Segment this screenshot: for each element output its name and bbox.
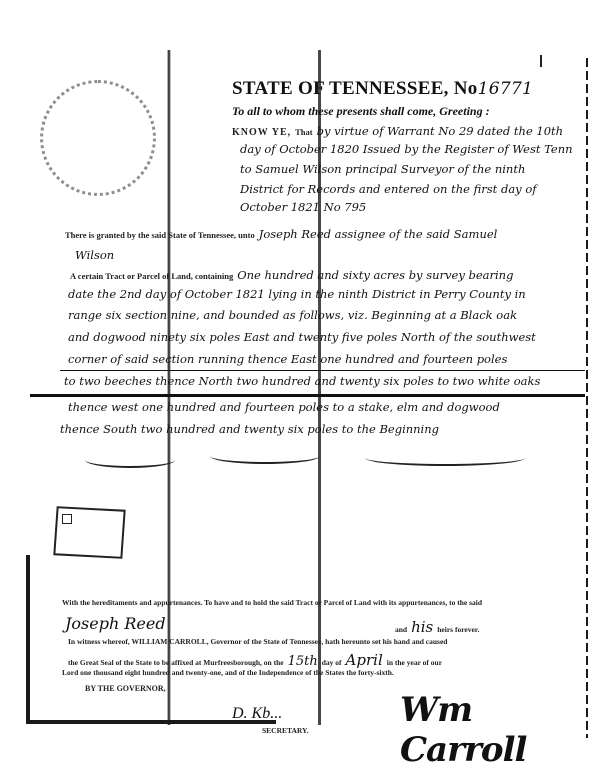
- know-ye: KNOW YE,: [232, 127, 291, 138]
- know-ye-line: KNOW YE, That by virtue of Warrant No 29…: [232, 122, 563, 140]
- recital-line: District for Records and entered on the …: [240, 182, 537, 196]
- year-clause: Lord one thousand eight hundred and twen…: [62, 668, 394, 677]
- habendum-print: With the hereditaments and appurtenances…: [62, 598, 482, 607]
- frame-right-border: [586, 58, 588, 738]
- grantee-name: Joseph Reed assignee of the said Samuel: [259, 227, 498, 241]
- habendum-grantee: Joseph Reed: [65, 614, 166, 633]
- frame-left-border: [26, 555, 30, 723]
- recital-line: to Samuel Wilson principal Surveyor of t…: [240, 162, 525, 176]
- habendum-heirs-print: heirs forever.: [437, 625, 479, 634]
- recital-line: October 1821 No 795: [240, 200, 366, 214]
- seal-day: 15th: [288, 654, 318, 669]
- description-line: and dogwood ninety six poles East and tw…: [68, 330, 536, 344]
- secretary-label: SECRETARY.: [262, 726, 309, 735]
- description-line: corner of said section running thence Ea…: [68, 352, 507, 366]
- description-line: to two beeches thence North two hundred …: [64, 374, 540, 388]
- seal-print: the Great Seal of the State to be affixe…: [68, 658, 284, 667]
- flourish: [365, 450, 525, 466]
- seal-day-of: day of: [322, 658, 342, 667]
- fold-crease: [30, 394, 585, 397]
- habendum-line-2: Joseph Reed: [65, 614, 166, 634]
- heading-text: STATE OF TENNESSEE, No: [232, 78, 478, 99]
- document-heading: STATE OF TENNESSEE, No16771: [232, 78, 533, 100]
- description-line: thence South two hundred and twenty six …: [60, 422, 439, 436]
- habendum-and: and: [395, 625, 407, 634]
- know-ye-lead: That: [295, 127, 312, 137]
- description-line: range six section nine, and bounded as f…: [68, 308, 517, 322]
- habendum-heirs: and his heirs forever.: [395, 618, 479, 637]
- seal-year-print: in the year of our: [387, 658, 442, 667]
- grant-line: There is granted by the said State of Te…: [65, 225, 497, 243]
- habendum-line: With the hereditaments and appurtenances…: [62, 598, 482, 607]
- flourish: [85, 452, 175, 468]
- governor-signature: Wm Carroll: [400, 690, 600, 766]
- seal-month: April: [346, 651, 383, 669]
- by-the-governor: BY THE GOVERNOR,: [85, 684, 166, 693]
- witness-clause: In witness whereof, WILLIAM CARROLL, Gov…: [68, 637, 447, 646]
- frame-corner: [540, 55, 542, 67]
- granted-print: There is granted by the said State of Te…: [65, 230, 255, 240]
- habendum-his: his: [411, 618, 433, 636]
- grant-number: 16771: [478, 79, 534, 99]
- plat-corner-mark: [62, 514, 72, 524]
- underline: [60, 370, 585, 371]
- description-line: date the 2nd day of October 1821 lying i…: [68, 287, 526, 301]
- tract-line: A certain Tract or Parcel of Land, conta…: [70, 266, 513, 284]
- tract-print: A certain Tract or Parcel of Land, conta…: [70, 271, 233, 281]
- recital-line: by virtue of Warrant No 29 dated the 10t…: [317, 124, 563, 138]
- flourish: [210, 448, 320, 464]
- description-line: thence west one hundred and fourteen pol…: [68, 400, 500, 414]
- secretary-signature: D. Kb...: [232, 705, 282, 723]
- seal-impression: [40, 80, 156, 196]
- grantee-continued: Wilson: [75, 248, 114, 262]
- description-line: One hundred and sixty acres by survey be…: [237, 268, 513, 282]
- greeting: To all to whom these presents shall come…: [232, 104, 490, 119]
- recital-line: day of October 1820 Issued by the Regist…: [240, 142, 573, 156]
